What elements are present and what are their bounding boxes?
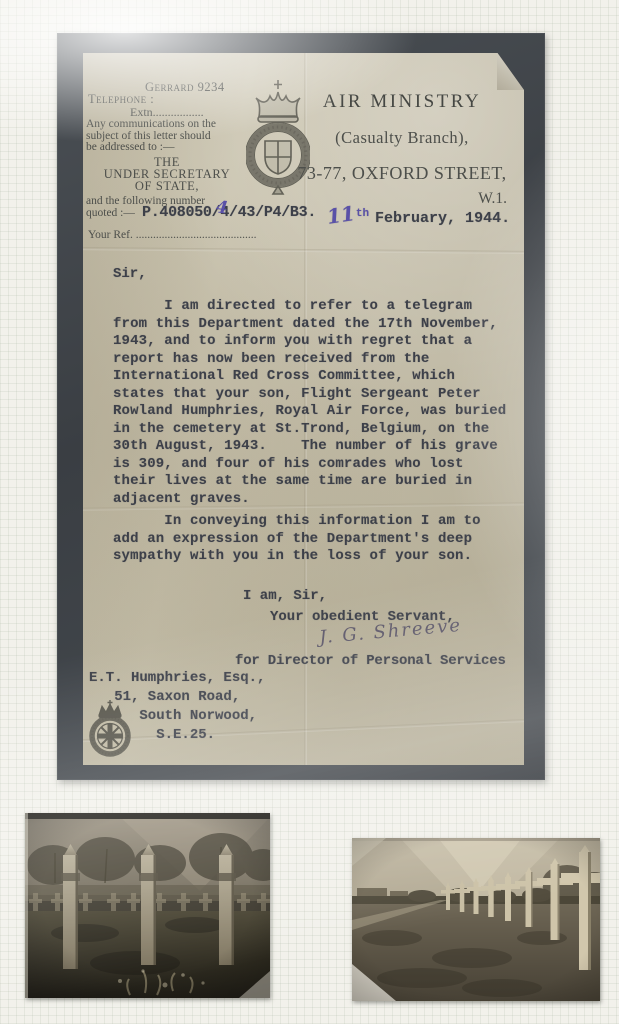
your-ref-label: Your Ref. ..............................… — [88, 229, 256, 241]
body-paragraph-1: I am directed to refer to a telegram fro… — [113, 298, 506, 508]
body-paragraph-2: In conveying this information I am to ad… — [113, 513, 481, 566]
signatory-title: for Director of Personal Services — [235, 653, 506, 669]
cemetery-graves-photo-left — [25, 813, 270, 998]
letter-mount-board: Gerrard 9234 Telephone : Extn...........… — [57, 33, 545, 780]
street-address: 73-77, OXFORD STREET, — [289, 163, 515, 184]
paper-crease — [83, 247, 524, 254]
handwritten-reference-correction: 4 — [215, 197, 229, 218]
handwritten-day: 11 — [325, 201, 356, 229]
typed-date: February, 1944. — [375, 210, 510, 227]
cemetery-crosses-photo-right — [352, 838, 600, 1001]
reference-number: P.408050/4/43/P4/B3. — [142, 204, 316, 221]
ministry-name: AIR MINISTRY — [293, 91, 511, 113]
crown-stamp-icon — [85, 699, 135, 757]
folded-corner — [497, 53, 524, 90]
salutation: Sir, — [113, 266, 147, 282]
air-ministry-letter: Gerrard 9234 Telephone : Extn...........… — [83, 53, 524, 765]
date-line: 11thFebruary, 1944. — [327, 203, 510, 227]
scrapbook-page: Gerrard 9234 Telephone : Extn...........… — [0, 0, 619, 1024]
communications-note: Any communications on the subject of thi… — [86, 119, 216, 154]
closing-line-1: I am, Sir, — [243, 588, 327, 604]
branch-name: (Casualty Branch), — [293, 128, 511, 148]
handwritten-ordinal: th — [356, 208, 369, 220]
telephone-exchange: Gerrard 9234 — [145, 80, 225, 95]
addressee-block: THE UNDER SECRETARY OF STATE, — [91, 156, 243, 192]
